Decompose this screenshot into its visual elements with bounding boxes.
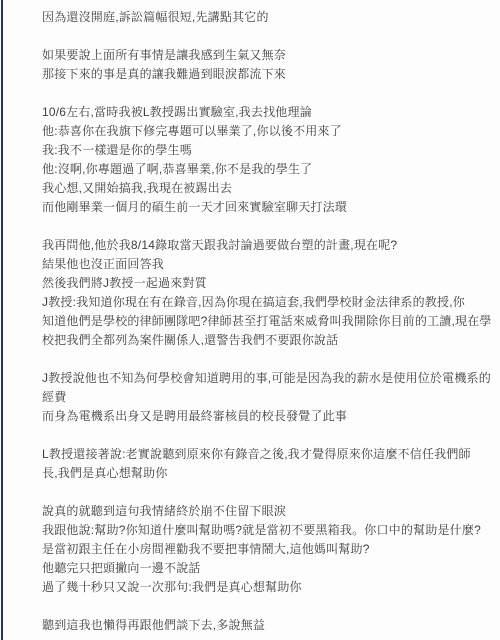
left-border-line [1, 0, 3, 640]
text-line: 經費 [42, 388, 492, 407]
text-line: 知道他們是學校的律師團隊吧?律師甚至打電話來威脅叫我開除你目前的工讀,現在學 [42, 312, 492, 331]
text-line: 結果他也沒正面回答我 [42, 255, 492, 274]
text-line: 他:恭喜你在我旗下修完專題可以畢業了,你以後不用來了 [42, 122, 492, 141]
text-line: 那接下來的事是真的讓我難過到眼淚都流下來 [42, 65, 492, 84]
text-line: 而身為電機系出身又是聘用最終審核員的校長發覺了此事 [42, 407, 492, 426]
text-line: 因為還沒開庭,訴訟篇幅很短,先講點其它的 [42, 8, 492, 27]
text-line: 說真的就聽到這句我情緒終於崩不住留下眼淚 [42, 502, 492, 521]
text-line: 我跟他說:幫助?你知道什麼叫幫助嗎?就是當初不要黑箱我。你口中的幫助是什麼? [42, 521, 492, 540]
text-line: 我再問他,他於我8/14錄取當天跟我討論過要做台塑的計畫,現在呢? [42, 236, 492, 255]
text-line: J教授說他也不知為何學校會知道聘用的事,可能是因為我的薪水是使用位於電機系的 [42, 369, 492, 388]
paragraph-kicked-out: 10/6左右,當時我被L教授踢出實驗室,我去找他理論 他:恭喜你在我旗下修完專題… [42, 103, 492, 217]
text-line: 我:我不一樣還是你的學生嗎 [42, 141, 492, 160]
text-line: 是當初跟主任在小房間裡勸我不要把事情鬧大,這他媽叫幫助? [42, 540, 492, 559]
text-line: L教授還接著說:老實說聽到原來你有錄音之後,我才覺得原來你這麼不信任我們師 [42, 445, 492, 464]
document-text: 因為還沒開庭,訴訟篇幅很短,先講點其它的 如果要說上面所有事情是讓我感到生氣又無… [42, 8, 492, 635]
document-page: 因為還沒開庭,訴訟篇幅很短,先講點其它的 如果要說上面所有事情是讓我感到生氣又無… [0, 0, 500, 640]
text-line: 10/6左右,當時我被L教授踢出實驗室,我去找他理論 [42, 103, 492, 122]
text-line: J教授:我知道你現在有在錄音,因為你現在搞這套,我們學校財金法律系的教授,你 [42, 293, 492, 312]
text-line: 如果要說上面所有事情是讓我感到生氣又無奈 [42, 46, 492, 65]
text-line: 而他剛畢業一個月的碩生前一天才回來實驗室聊天打法環 [42, 198, 492, 217]
paragraph-confrontation: 我再問他,他於我8/14錄取當天跟我討論過要做台塑的計畫,現在呢? 結果他也沒正… [42, 236, 492, 350]
text-line: 長,我們是真心想幫助你 [42, 464, 492, 483]
paragraph-conclusion: 聽到這我也懶得再跟他們談下去,多說無益 [42, 616, 492, 635]
paragraph-professor-l: L教授還接著說:老實說聽到原來你有錄音之後,我才覺得原來你這麼不信任我們師 長,… [42, 445, 492, 483]
paragraph-feelings: 如果要說上面所有事情是讓我感到生氣又無奈 那接下來的事是真的讓我難過到眼淚都流下… [42, 46, 492, 84]
paragraph-breakdown: 說真的就聽到這句我情緒終於崩不住留下眼淚 我跟他說:幫助?你知道什麼叫幫助嗎?就… [42, 502, 492, 597]
text-line: 我心想,又開始搞我,我現在被踢出去 [42, 179, 492, 198]
text-line: 他聽完只把頭撇向一邊不說話 [42, 559, 492, 578]
text-line: 過了幾十秒只又說一次那句:我們是真心想幫助你 [42, 578, 492, 597]
paragraph-intro: 因為還沒開庭,訴訟篇幅很短,先講點其它的 [42, 8, 492, 27]
paragraph-salary: J教授說他也不知為何學校會知道聘用的事,可能是因為我的薪水是使用位於電機系的 經… [42, 369, 492, 426]
text-line: 然後我們將J教授一起過來對質 [42, 274, 492, 293]
text-line: 聽到這我也懶得再跟他們談下去,多說無益 [42, 616, 492, 635]
text-line: 校把我們全都列為案件關係人,還警告我們不要跟你說話 [42, 331, 492, 350]
text-line: 他:沒啊,你專題過了啊,恭喜畢業,你不是我的學生了 [42, 160, 492, 179]
